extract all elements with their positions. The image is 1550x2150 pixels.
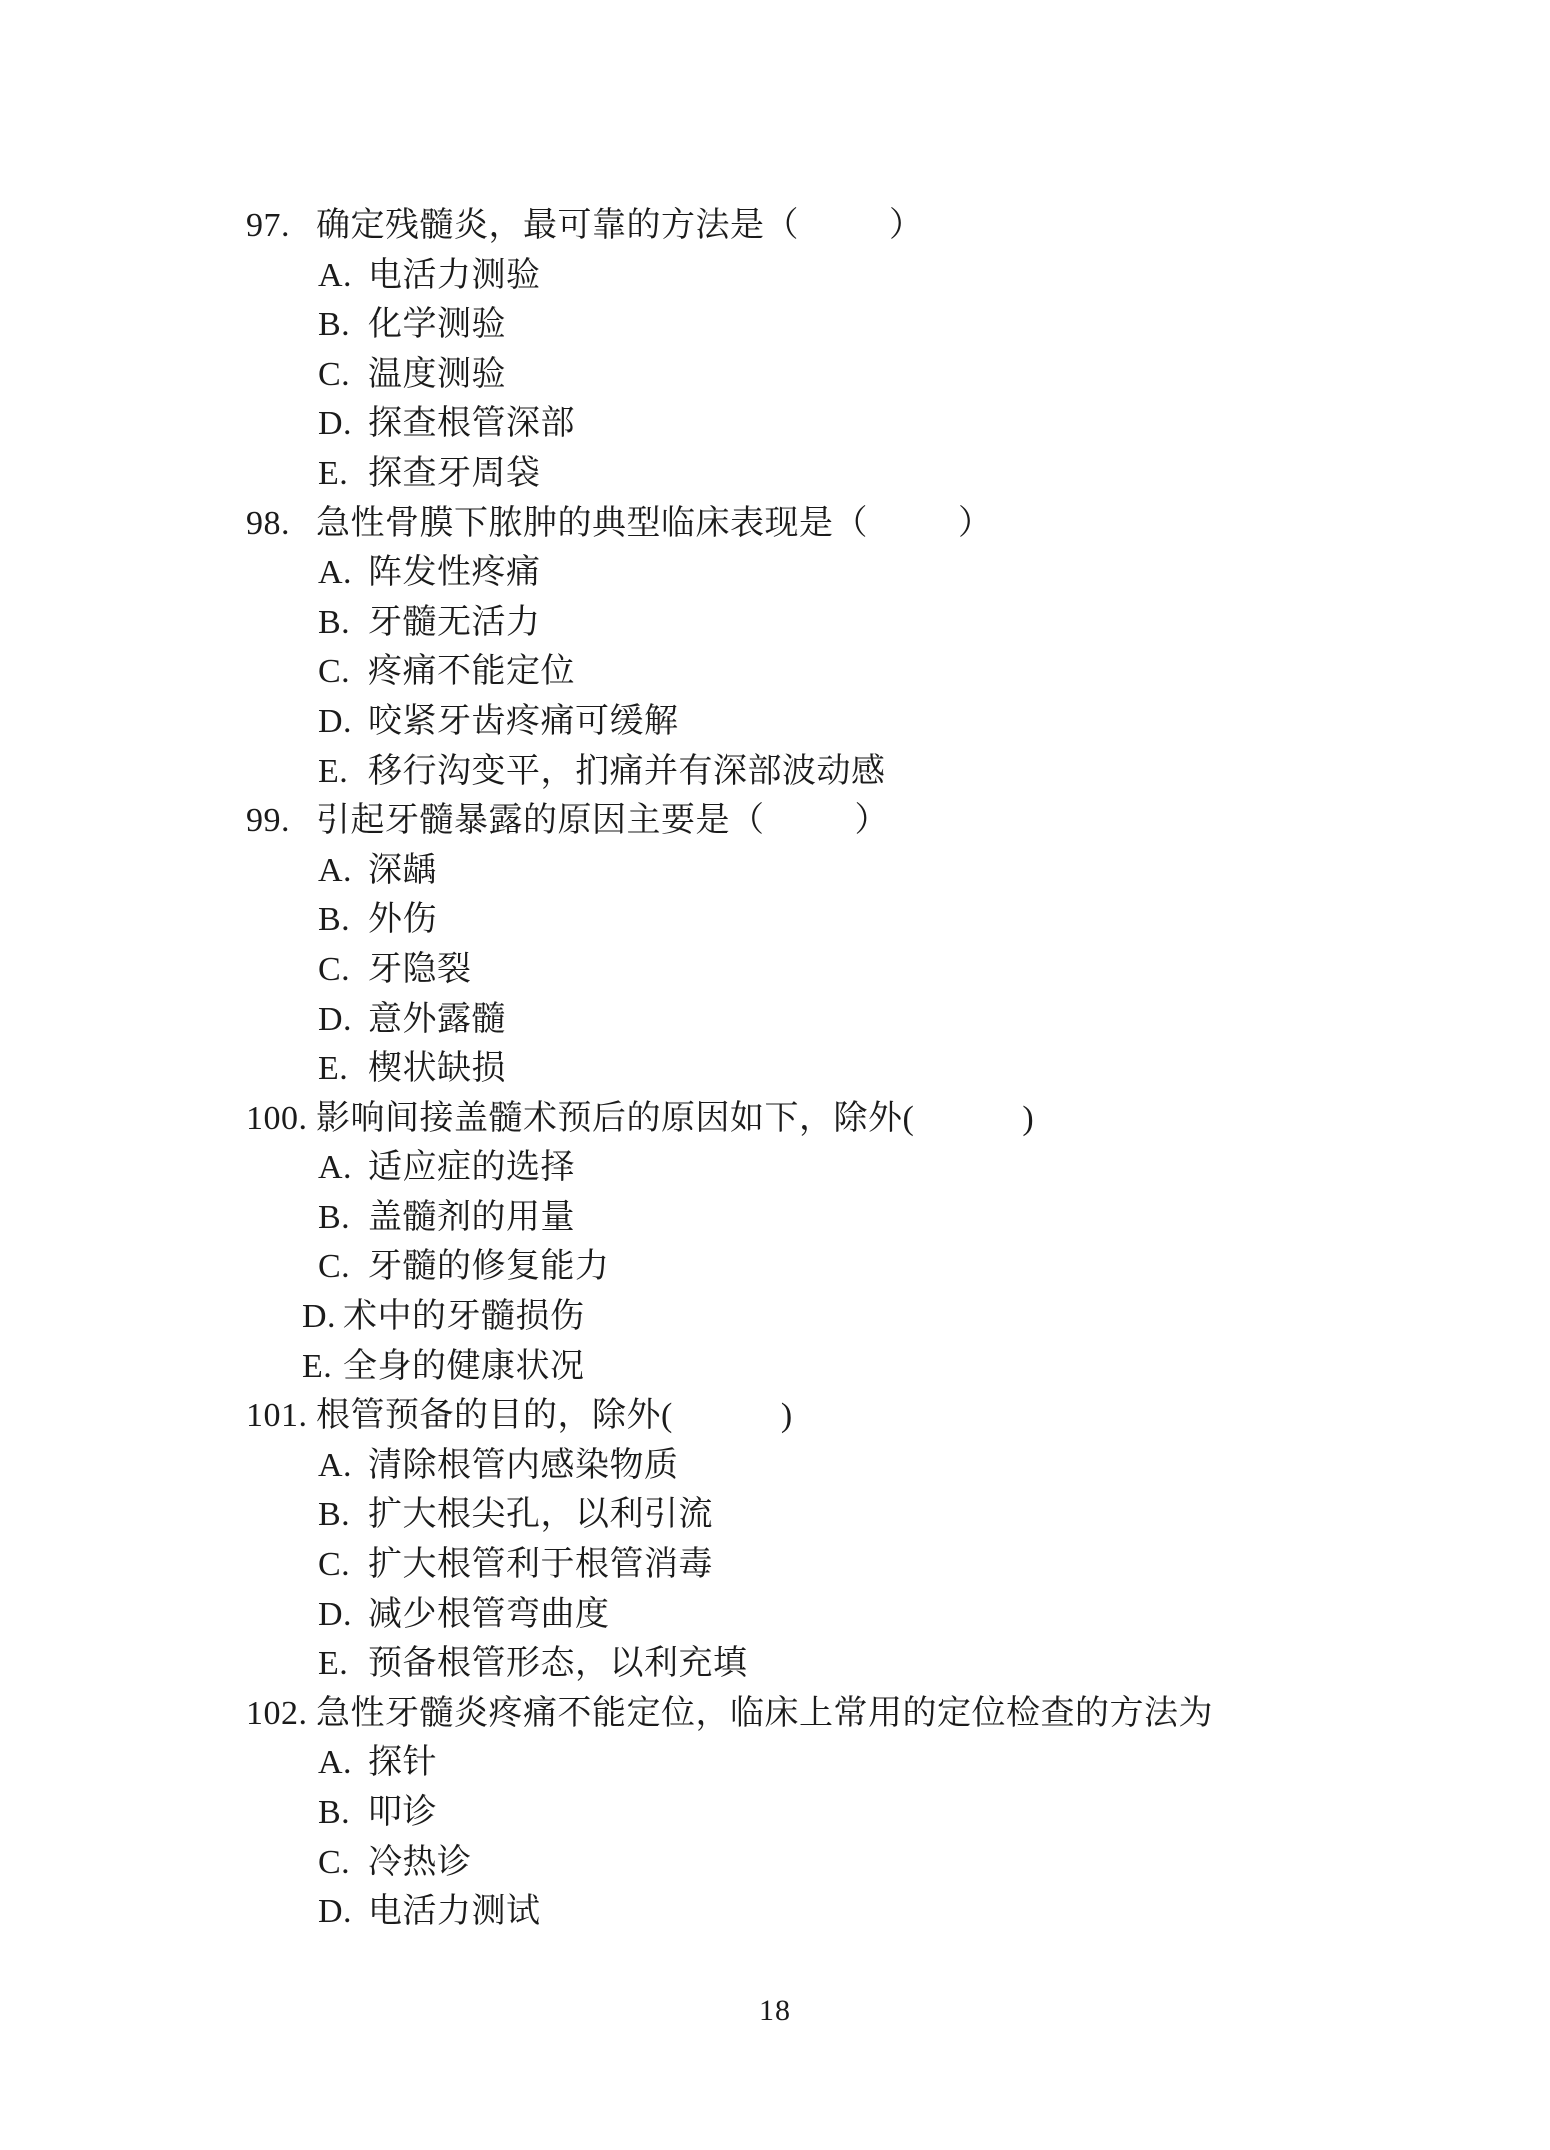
- option-letter: D.: [302, 1292, 343, 1342]
- question-number: 99.: [246, 796, 316, 846]
- option-text: 冷热诊: [368, 1838, 472, 1888]
- option-letter: E.: [318, 747, 368, 797]
- option-letter: C.: [318, 1838, 368, 1888]
- option-letter: C.: [318, 1540, 368, 1590]
- question-98-option-e: E. 移行沟变平，扪痛并有深部波动感: [0, 747, 1213, 797]
- questions-block: 97. 确定残髓炎，最可靠的方法是（ ） A. 电活力测验 B. 化学测验 C.…: [0, 201, 1213, 1937]
- option-text: 术中的牙髓损伤: [343, 1292, 585, 1342]
- question-102-option-a: A. 探针: [0, 1738, 1213, 1788]
- option-text: 疼痛不能定位: [368, 647, 575, 697]
- option-letter: D.: [318, 697, 368, 747]
- option-text: 阵发性疼痛: [368, 548, 541, 598]
- option-letter: A.: [318, 846, 368, 896]
- exam-paper-page: 97. 确定残髓炎，最可靠的方法是（ ） A. 电活力测验 B. 化学测验 C.…: [0, 0, 1550, 2150]
- option-text: 牙隐裂: [368, 945, 472, 995]
- option-letter: A.: [318, 251, 368, 301]
- option-text: 探查牙周袋: [368, 449, 541, 499]
- option-text: 咬紧牙齿疼痛可缓解: [368, 697, 679, 747]
- option-letter: A.: [318, 1738, 368, 1788]
- option-letter: B.: [318, 300, 368, 350]
- question-text: 急性牙髓炎疼痛不能定位，临床上常用的定位检查的方法为: [316, 1689, 1213, 1739]
- question-101-option-b: B. 扩大根尖孔，以利引流: [0, 1490, 1213, 1540]
- option-letter: C.: [318, 350, 368, 400]
- question-number: 102.: [246, 1689, 316, 1739]
- question-101-option-c: C. 扩大根管利于根管消毒: [0, 1540, 1213, 1590]
- question-100-option-e: E. 全身的健康状况: [0, 1342, 1213, 1392]
- question-number: 98.: [246, 499, 316, 549]
- option-text: 温度测验: [368, 350, 506, 400]
- option-text: 探查根管深部: [368, 399, 575, 449]
- option-text: 预备根管形态，以利充填: [368, 1639, 748, 1689]
- question-98-option-a: A. 阵发性疼痛: [0, 548, 1213, 598]
- option-text: 电活力测验: [368, 251, 541, 301]
- question-number: 101.: [246, 1391, 316, 1441]
- question-97-option-b: B. 化学测验: [0, 300, 1213, 350]
- option-text: 扩大根尖孔，以利引流: [368, 1490, 713, 1540]
- question-99-option-c: C. 牙隐裂: [0, 945, 1213, 995]
- question-102-option-c: C. 冷热诊: [0, 1838, 1213, 1888]
- option-letter: B.: [318, 598, 368, 648]
- question-number: 97.: [246, 201, 316, 251]
- option-text: 意外露髓: [368, 995, 506, 1045]
- question-100-option-c: C. 牙髓的修复能力: [0, 1242, 1213, 1292]
- question-101-option-d: D. 减少根管弯曲度: [0, 1590, 1213, 1640]
- question-97: 97. 确定残髓炎，最可靠的方法是（ ）: [0, 201, 1213, 251]
- option-letter: C.: [318, 647, 368, 697]
- question-102: 102. 急性牙髓炎疼痛不能定位，临床上常用的定位检查的方法为: [0, 1689, 1213, 1739]
- option-text: 深龋: [368, 846, 437, 896]
- option-letter: A.: [318, 1143, 368, 1193]
- option-text: 盖髓剂的用量: [368, 1193, 575, 1243]
- question-99: 99. 引起牙髓暴露的原因主要是（ ）: [0, 796, 1213, 846]
- option-text: 探针: [368, 1738, 437, 1788]
- option-text: 电活力测试: [368, 1887, 541, 1937]
- question-99-option-a: A. 深龋: [0, 846, 1213, 896]
- option-letter: E.: [318, 1639, 368, 1689]
- option-letter: A.: [318, 1441, 368, 1491]
- question-100: 100. 影响间接盖髓术预后的原因如下，除外( ): [0, 1094, 1213, 1144]
- question-98-option-d: D. 咬紧牙齿疼痛可缓解: [0, 697, 1213, 747]
- question-100-option-d: D. 术中的牙髓损伤: [0, 1292, 1213, 1342]
- question-text: 引起牙髓暴露的原因主要是（ ）: [316, 796, 889, 846]
- question-98-option-b: B. 牙髓无活力: [0, 598, 1213, 648]
- question-97-option-d: D. 探查根管深部: [0, 399, 1213, 449]
- option-letter: C.: [318, 945, 368, 995]
- option-letter: B.: [318, 895, 368, 945]
- question-98: 98. 急性骨膜下脓肿的典型临床表现是（ ）: [0, 499, 1213, 549]
- question-97-option-e: E. 探查牙周袋: [0, 449, 1213, 499]
- option-letter: E.: [318, 449, 368, 499]
- option-letter: E.: [318, 1044, 368, 1094]
- option-text: 清除根管内感染物质: [368, 1441, 679, 1491]
- option-letter: B.: [318, 1788, 368, 1838]
- option-text: 牙髓无活力: [368, 598, 541, 648]
- option-letter: E.: [302, 1342, 343, 1392]
- option-text: 化学测验: [368, 300, 506, 350]
- option-text: 楔状缺损: [368, 1044, 506, 1094]
- option-letter: C.: [318, 1242, 368, 1292]
- question-101-option-a: A. 清除根管内感染物质: [0, 1441, 1213, 1491]
- question-97-option-c: C. 温度测验: [0, 350, 1213, 400]
- option-letter: B.: [318, 1193, 368, 1243]
- question-text: 根管预备的目的，除外( ): [316, 1391, 793, 1441]
- question-text: 影响间接盖髓术预后的原因如下，除外( ): [316, 1094, 1034, 1144]
- option-letter: D.: [318, 995, 368, 1045]
- option-text: 外伤: [368, 895, 437, 945]
- option-letter: D.: [318, 1887, 368, 1937]
- question-99-option-d: D. 意外露髓: [0, 995, 1213, 1045]
- question-text: 确定残髓炎，最可靠的方法是（ ）: [316, 201, 924, 251]
- question-99-option-e: E. 楔状缺损: [0, 1044, 1213, 1094]
- question-97-option-a: A. 电活力测验: [0, 251, 1213, 301]
- question-99-option-b: B. 外伤: [0, 895, 1213, 945]
- question-98-option-c: C. 疼痛不能定位: [0, 647, 1213, 697]
- option-text: 牙髓的修复能力: [368, 1242, 610, 1292]
- page-number: 18: [0, 1994, 1550, 2028]
- option-text: 适应症的选择: [368, 1143, 575, 1193]
- question-text: 急性骨膜下脓肿的典型临床表现是（ ）: [316, 499, 993, 549]
- question-101: 101. 根管预备的目的，除外( ): [0, 1391, 1213, 1441]
- question-102-option-b: B. 叩诊: [0, 1788, 1213, 1838]
- option-letter: B.: [318, 1490, 368, 1540]
- option-text: 扩大根管利于根管消毒: [368, 1540, 713, 1590]
- option-text: 移行沟变平，扪痛并有深部波动感: [368, 747, 886, 797]
- question-number: 100.: [246, 1094, 316, 1144]
- question-100-option-b: B. 盖髓剂的用量: [0, 1193, 1213, 1243]
- option-text: 减少根管弯曲度: [368, 1590, 610, 1640]
- question-102-option-d: D. 电活力测试: [0, 1887, 1213, 1937]
- option-letter: A.: [318, 548, 368, 598]
- option-letter: D.: [318, 1590, 368, 1640]
- question-101-option-e: E. 预备根管形态，以利充填: [0, 1639, 1213, 1689]
- option-text: 叩诊: [368, 1788, 437, 1838]
- question-100-option-a: A. 适应症的选择: [0, 1143, 1213, 1193]
- option-text: 全身的健康状况: [343, 1342, 585, 1392]
- option-letter: D.: [318, 399, 368, 449]
